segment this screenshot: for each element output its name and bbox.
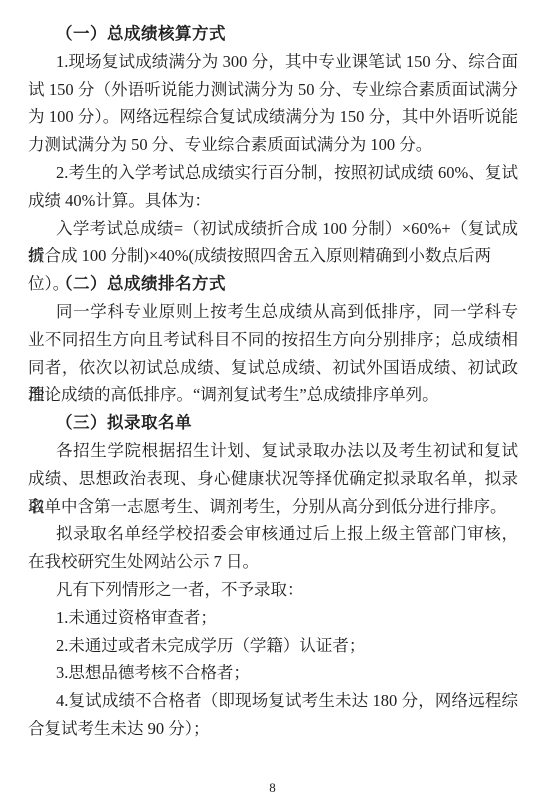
text-line: 成绩、思想政治表现、身心健康状况等择优确定拟录取名单，拟录取 [28,465,518,493]
text-line: 3.思想品德考核不合格者； [28,659,518,687]
text-line: 理论成绩的高低排序。“调剂复试考生”总成绩排序单列。 [28,381,518,409]
text-line: 试 150 分（外语听说能力测试满分为 50 分、专业综合素质面试满分 [28,76,518,104]
text-line: 名单中含第一志愿考生、调剂考生，分别从高分到低分进行排序。 [28,493,518,521]
text-line: 在我校研究生处网站公示 7 日。 [28,548,518,576]
text-line: 业不同招生方向且考试科目不同的按招生方向分别排序；总成绩相 [28,326,518,354]
text-line: 4.复试成绩不合格者（即现场复试考生未达 180 分，网络远程综 [28,687,518,715]
text-line: 各招生学院根据招生计划、复试录取办法以及考生初试和复试 [28,437,518,465]
section-heading: （二）总成绩排名方式 [28,270,518,298]
text-line: 凡有下列情形之一者，不予录取： [28,576,518,604]
text-line: 1.现场复试成绩满分为 300 分，其中专业课笔试 150 分、综合面 [28,48,518,76]
text-line: 同一学科专业原则上按考生总成绩从高到低排序，同一学科专 [28,298,518,326]
text-line: 为 100 分）。网络远程综合复试成绩满分为 150 分，其中外语听说能 [28,103,518,131]
text-line: 入学考试总成绩=（初试成绩折合成 100 分制）×60%+（复试成绩 [28,215,518,243]
text-line: 2.未通过或者未完成学历（学籍）认证者； [28,632,518,660]
text-line: 拟录取名单经学校招委会审核通过后上报上级主管部门审核， [28,520,518,548]
page-number: 8 [0,781,545,795]
text-line: 合复试考生未达 90 分）； [28,715,518,743]
section-heading: （三）拟录取名单 [28,409,518,437]
text-line: 力测试满分为 50 分、专业综合素质面试满分为 100 分。 [28,131,518,159]
document-page: （一）总成绩核算方式1.现场复试成绩满分为 300 分，其中专业课笔试 150 … [0,0,545,809]
text-line: 折合成 100 分制)×40%(成绩按照四舍五入原则精确到小数点后两位）。 [28,242,518,270]
text-line: 2.考生的入学考试总成绩实行百分制，按照初试成绩 60%、复试 [28,159,518,187]
text-line: 成绩 40%计算。具体为： [28,187,518,215]
section-heading: （一）总成绩核算方式 [28,20,518,48]
text-line: 同者，依次以初试总成绩、复试总成绩、初试外国语成绩、初试政治 [28,354,518,382]
document-body: （一）总成绩核算方式1.现场复试成绩满分为 300 分，其中专业课笔试 150 … [28,20,518,743]
text-line: 1.未通过资格审查者； [28,604,518,632]
